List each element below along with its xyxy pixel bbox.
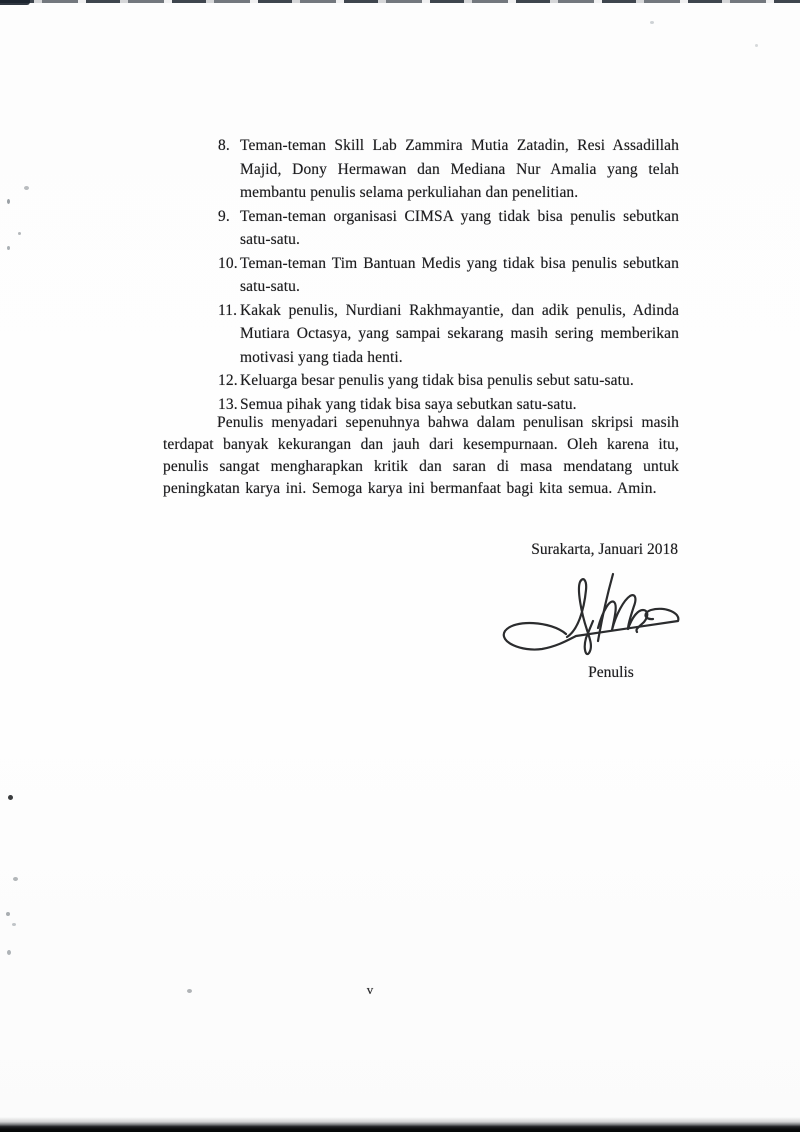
scan-edge-bottom <box>0 1117 800 1132</box>
signer-label: Penulis <box>478 664 678 682</box>
acknowledgment-list: 8. Teman-teman Skill Lab Zammira Mutia Z… <box>163 134 679 416</box>
scan-speck <box>650 21 654 24</box>
list-item-number: 9. <box>218 205 230 229</box>
list-item: 12. Keluarga besar penulis yang tidak bi… <box>163 369 679 393</box>
signature-icon <box>496 572 682 662</box>
list-item-number: 8. <box>218 134 230 158</box>
list-item: 10. Teman-teman Tim Bantuan Medis yang t… <box>163 252 679 299</box>
document-page: 8. Teman-teman Skill Lab Zammira Mutia Z… <box>0 0 800 1132</box>
list-item: 11. Kakak penulis, Nurdiani Rakhmayantie… <box>163 299 679 370</box>
list-item-number: 10. <box>218 252 238 276</box>
list-item-number: 11. <box>218 299 237 323</box>
scan-speck <box>18 232 21 235</box>
scan-edge-top-corner <box>0 0 30 5</box>
scan-speck <box>13 877 18 881</box>
scan-speck <box>24 186 29 190</box>
closing-paragraph: Penulis menyadari sepenuhnya bahwa dalam… <box>163 412 679 501</box>
list-item: 8. Teman-teman Skill Lab Zammira Mutia Z… <box>163 134 679 205</box>
scan-speck <box>187 989 192 993</box>
scan-edge-top <box>0 0 800 3</box>
scan-speck <box>6 912 10 916</box>
list-item-text: Kakak penulis, Nurdiani Rakhmayantie, da… <box>240 302 679 366</box>
scan-speck <box>755 44 758 47</box>
scan-speck <box>7 950 11 955</box>
scan-speck <box>12 923 16 926</box>
scan-speck <box>7 246 10 250</box>
list-item-text: Semua pihak yang tidak bisa saya sebutka… <box>240 396 577 413</box>
list-item-text: Teman-teman Skill Lab Zammira Mutia Zata… <box>240 137 679 201</box>
list-item-text: Keluarga besar penulis yang tidak bisa p… <box>240 372 634 389</box>
list-item-text: Teman-teman organisasi CIMSA yang tidak … <box>240 208 679 249</box>
page-number: v <box>340 982 400 998</box>
signature-block: Surakarta, Januari 2018 Penulis <box>478 541 678 682</box>
scan-speck <box>7 199 10 204</box>
signature-date: Surakarta, Januari 2018 <box>478 541 678 559</box>
scan-speck <box>8 795 13 800</box>
list-item-number: 12. <box>218 369 238 393</box>
list-item-text: Teman-teman Tim Bantuan Medis yang tidak… <box>240 255 679 296</box>
list-item: 9. Teman-teman organisasi CIMSA yang tid… <box>163 205 679 252</box>
